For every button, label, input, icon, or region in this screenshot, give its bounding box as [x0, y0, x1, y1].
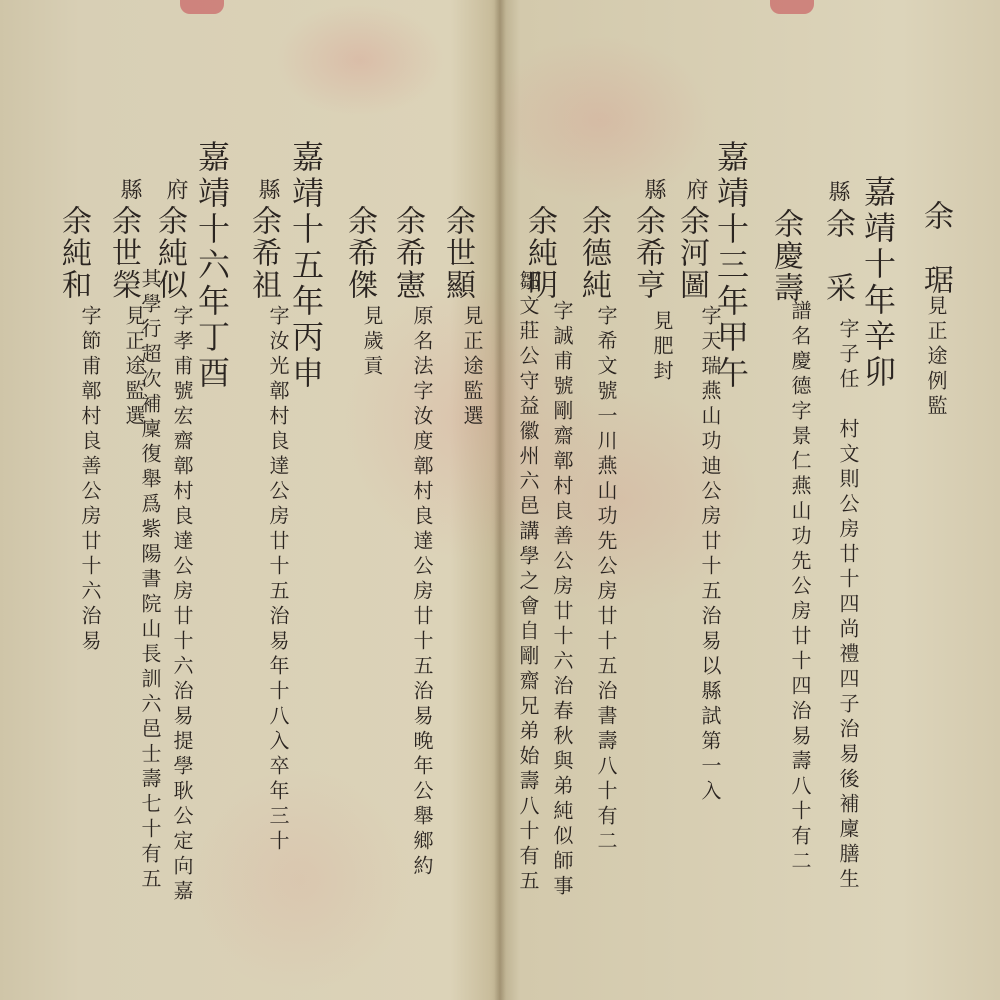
entry-note-continued: 鄒文莊公守益徽州六邑講學之會自剛齋兄弟始壽八十有五: [518, 270, 538, 895]
entry-note: 字天瑞燕山功迪公房廿十五治易以縣試第一入: [700, 305, 720, 805]
entry-note: 字子任𥩟村文則公房廿十四尚禮四子治易後補廩膳生: [838, 318, 858, 893]
entry-note: 見正途監選: [124, 305, 144, 430]
prefix-label: 府: [684, 178, 706, 202]
entry-name: 余希祖: [248, 205, 278, 301]
entry-name: 余希憲: [392, 205, 422, 301]
entry-name: 余 琚: [920, 200, 950, 296]
entry-name: 余世榮: [108, 205, 138, 301]
entry-name: 余世顯: [442, 205, 472, 301]
prefix-label: 縣: [118, 178, 140, 202]
entry-name: 余純和: [58, 205, 88, 301]
prefix-label: 縣: [256, 178, 278, 202]
book-spine: [494, 0, 506, 1000]
entry-note: 見歲貢: [362, 305, 382, 380]
entry-name: 余河圖: [676, 205, 706, 301]
year-heading: 嘉靖十年辛卯: [862, 175, 894, 391]
entry-note: 字汝光鄣村良達公房廿十五治易年十八入卒年三十: [268, 305, 288, 855]
prefix-label: 縣: [826, 180, 848, 204]
entry-name: 余 采: [822, 208, 852, 304]
year-heading: 嘉靖十五年丙申: [290, 140, 322, 392]
red-seal-mark: [180, 0, 224, 14]
entry-note: 原名法字汝度鄣村良達公房廿十五治易晚年公舉鄉約: [412, 305, 432, 880]
entry-note: 見肥封: [652, 310, 672, 385]
entry-note: 字孝甫號宏齋鄣村良達公房廿十六治易提學耿公定向嘉: [172, 305, 192, 905]
entry-name: 余希傑: [344, 205, 374, 301]
red-seal-mark: [770, 0, 814, 14]
entry-note: 字節甫鄣村良善公房廿十六治易: [80, 305, 100, 655]
prefix-label: 府: [164, 178, 186, 202]
year-heading: 嘉靖十六年丁酉: [196, 140, 228, 392]
prefix-label: 縣: [642, 178, 664, 202]
entry-note: 見正途例監: [926, 295, 946, 420]
entry-name: 余希亨: [632, 205, 662, 301]
entry-name: 余德純: [578, 205, 608, 301]
entry-note: 譜名慶德字景仁燕山功先公房廿十四治易壽八十有二: [790, 300, 810, 875]
entry-note: 見正途監選: [462, 305, 482, 430]
entry-note: 字希文號一川燕山功先公房廿十五治書壽八十有二: [596, 305, 616, 855]
entry-name: 余慶壽: [770, 208, 800, 304]
entry-note: 字誠甫號剛齋鄣村良善公房廿十六治春秋與弟純似師事: [552, 300, 572, 900]
book-spread: 余 琚 見正途例監 嘉靖十年辛卯 縣 余 采 字子任𥩟村文則公房廿十四尚禮四子治…: [0, 0, 1000, 1000]
